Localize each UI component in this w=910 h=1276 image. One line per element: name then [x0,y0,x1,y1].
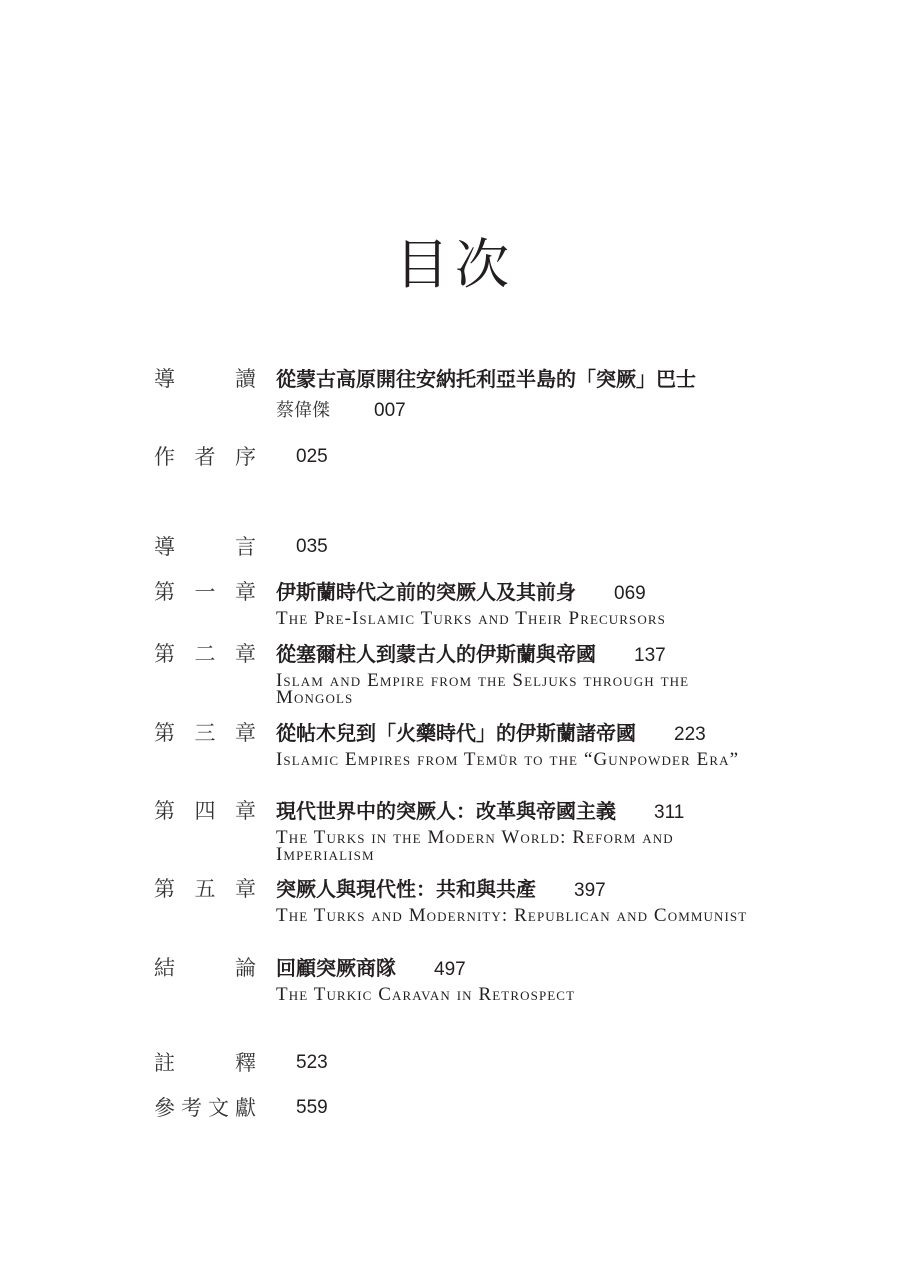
label-char: 第 [154,875,175,903]
label-char: 參 [154,1094,175,1122]
label-char: 序 [235,443,256,471]
entry-label: 第 四 章 [154,797,256,825]
entry-page-number: 069 [614,583,646,604]
label-char: 者 [195,443,216,471]
entry-page-number: 559 [296,1097,328,1118]
label-char: 考 [181,1094,202,1122]
entry-page-number: 523 [296,1052,328,1073]
entry-title-en: The Turks in the Modern World: Reform an… [276,829,766,863]
label-char: 第 [154,578,175,606]
entry-page-number: 311 [654,802,684,823]
entry-title-zh: 現代世界中的突厥人：改革與帝國主義 [276,799,616,823]
entry-title-zh: 伊斯蘭時代之前的突厥人及其前身 [276,580,576,604]
entry-label: 第 一 章 [154,578,256,606]
entry-label: 導 讀 [154,365,256,393]
entry-author: 蔡偉傑 [276,400,330,421]
entry-label: 註 釋 [154,1049,256,1077]
entry-page-number: 035 [296,536,328,557]
label-char: 第 [154,719,175,747]
label-char: 導 [154,365,175,393]
label-char: 一 [195,578,216,606]
entry-label: 參 考 文 獻 [154,1094,256,1122]
entry-page-number: 497 [434,959,466,980]
entry-title-zh: 從帖木兒到「火藥時代」的伊斯蘭諸帝國 [276,721,636,745]
label-char: 釋 [235,1049,256,1077]
entry-label: 結 論 [154,954,256,982]
label-char: 第 [154,797,175,825]
label-char: 言 [235,533,256,561]
page-title: 目次 [0,232,910,298]
label-char: 章 [235,719,256,747]
entry-title-zh: 回顧突厥商隊 [276,956,396,980]
label-char: 章 [235,875,256,903]
label-char: 章 [235,578,256,606]
label-char: 導 [154,533,175,561]
entry-title-zh: 從蒙古高原開往安納托利亞半島的「突厥」巴士 [276,365,766,393]
entry-label: 導 言 [154,533,256,561]
label-char: 二 [195,640,216,668]
label-char: 註 [154,1049,175,1077]
entry-label: 第 二 章 [154,640,256,668]
label-char: 讀 [235,365,256,393]
label-char: 第 [154,640,175,668]
entry-page-number: 025 [296,446,328,467]
label-char: 結 [154,954,175,982]
entry-title-en: Islamic Empires from Temür to the “Gunpo… [276,751,766,768]
entry-title-en: The Turks and Modernity: Republican and … [276,907,766,924]
entry-page-number: 007 [374,400,406,421]
entry-title-en: The Turkic Caravan in Retrospect [276,986,766,1003]
entry-page-number: 397 [574,880,606,901]
entry-title-zh: 突厥人與現代性：共和與共產 [276,877,536,901]
label-char: 獻 [235,1094,256,1122]
entry-title-zh: 從塞爾柱人到蒙古人的伊斯蘭與帝國 [276,642,596,666]
label-char: 四 [195,797,216,825]
entry-label: 第 三 章 [154,719,256,747]
label-char: 論 [235,954,256,982]
entry-label: 作 者 序 [154,443,256,471]
entry-label: 第 五 章 [154,875,256,903]
entry-page-number: 137 [634,645,666,666]
label-char: 作 [154,443,175,471]
label-char: 章 [235,640,256,668]
label-char: 文 [208,1094,229,1122]
label-char: 章 [235,797,256,825]
entry-page-number: 223 [674,724,706,745]
label-char: 五 [195,875,216,903]
label-char: 三 [195,719,216,747]
entry-title-en: Islam and Empire from the Seljuks throug… [276,672,766,706]
entry-title-en: The Pre-Islamic Turks and Their Precurso… [276,610,766,627]
